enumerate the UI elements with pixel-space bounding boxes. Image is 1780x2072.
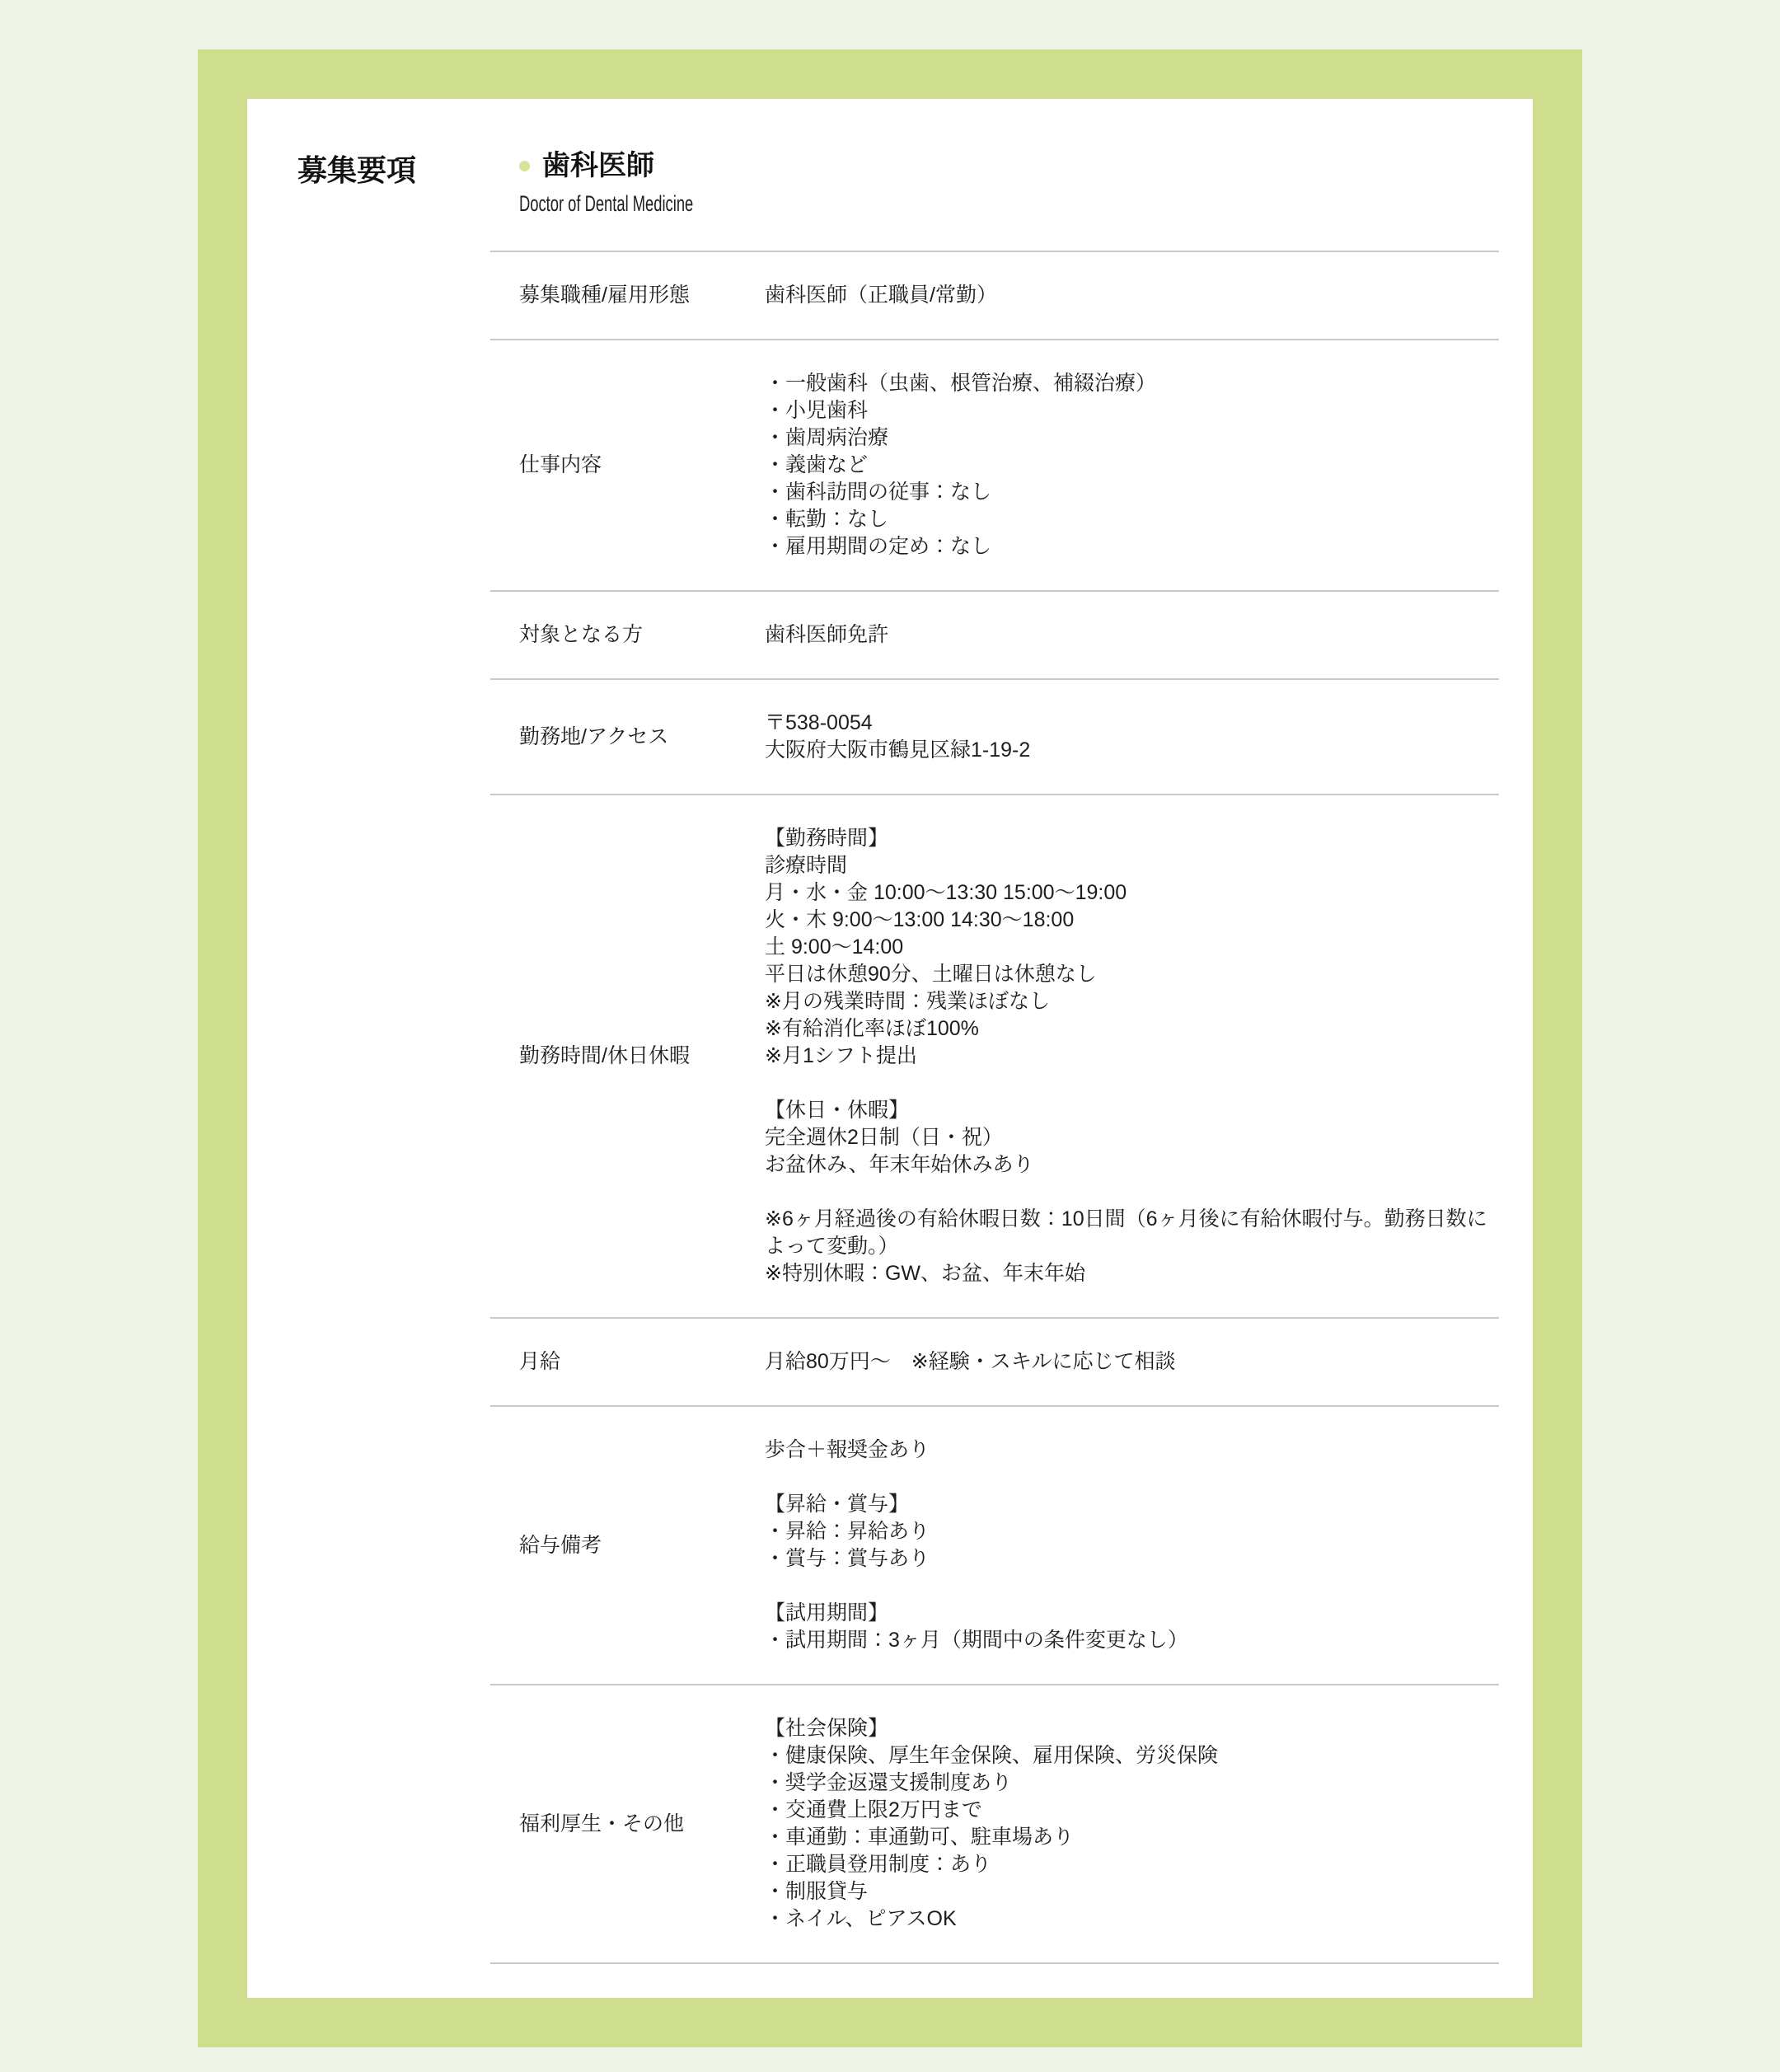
- content-sheet: 募集要項 歯科医師 Doctor of Dental Medicine 募集職種…: [247, 99, 1533, 1998]
- spec-label: 仕事内容: [490, 452, 765, 479]
- spec-value: 歩合＋報奨金あり 【昇給・賞与】 ・昇給：昇給あり ・賞与：賞与あり 【試用期間…: [765, 1437, 1499, 1654]
- spec-row: 勤務地/アクセス 〒538-0054 大阪府大阪市鶴見区緑1-19-2: [490, 678, 1499, 794]
- spec-label: 福利厚生・その他: [490, 1811, 765, 1838]
- spec-value: 歯科医師免許: [765, 621, 1499, 649]
- spec-row: 月給 月給80万円〜 ※経験・スキルに応じて相談: [490, 1317, 1499, 1405]
- spec-label: 月給: [490, 1348, 765, 1376]
- job-title: 歯科医師: [542, 150, 654, 181]
- spec-label: 対象となる方: [490, 621, 765, 649]
- spec-value: 歯科医師（正職員/常勤）: [765, 282, 1499, 309]
- job-header: 歯科医師 Doctor of Dental Medicine: [490, 150, 1499, 251]
- spec-row: 給与備考 歩合＋報奨金あり 【昇給・賞与】 ・昇給：昇給あり ・賞与：賞与あり …: [490, 1405, 1499, 1684]
- page-title: 募集要項: [297, 154, 490, 187]
- spec-label: 給与備考: [490, 1532, 765, 1559]
- spec-row: 仕事内容 ・一般歯科（虫歯、根管治療、補綴治療） ・小児歯科 ・歯周病治療 ・義…: [490, 339, 1499, 590]
- job-detail-column: 歯科医師 Doctor of Dental Medicine 募集職種/雇用形態…: [490, 99, 1499, 1964]
- spec-label: 勤務地/アクセス: [490, 724, 765, 751]
- spec-label: 募集職種/雇用形態: [490, 282, 765, 309]
- spec-value: 【勤務時間】 診療時間 月・水・金 10:00〜13:30 15:00〜19:0…: [765, 825, 1499, 1287]
- spec-value: 【社会保険】 ・健康保険、厚生年金保険、雇用保険、労災保険 ・奨学金返還支援制度…: [765, 1715, 1499, 1933]
- job-subtitle: Doctor of Dental Medicine: [519, 193, 1186, 214]
- spec-table: 募集職種/雇用形態 歯科医師（正職員/常勤） 仕事内容 ・一般歯科（虫歯、根管治…: [490, 251, 1499, 1964]
- spec-row: 福利厚生・その他 【社会保険】 ・健康保険、厚生年金保険、雇用保険、労災保険 ・…: [490, 1684, 1499, 1964]
- job-title-line: 歯科医師: [519, 150, 1499, 181]
- spec-value: 〒538-0054 大阪府大阪市鶴見区緑1-19-2: [765, 710, 1499, 764]
- spec-row: 募集職種/雇用形態 歯科医師（正職員/常勤）: [490, 251, 1499, 339]
- spec-row: 勤務時間/休日休暇 【勤務時間】 診療時間 月・水・金 10:00〜13:30 …: [490, 794, 1499, 1317]
- bullet-dot-icon: [519, 161, 530, 171]
- page: { "heading": "募集要項", "job": { "title": "…: [0, 0, 1780, 2072]
- section-heading-column: 募集要項: [297, 99, 490, 187]
- green-frame: 募集要項 歯科医師 Doctor of Dental Medicine 募集職種…: [198, 49, 1582, 2047]
- spec-label: 勤務時間/休日休暇: [490, 1043, 765, 1070]
- spec-row: 対象となる方 歯科医師免許: [490, 590, 1499, 678]
- spec-value: 月給80万円〜 ※経験・スキルに応じて相談: [765, 1348, 1499, 1376]
- spec-value: ・一般歯科（虫歯、根管治療、補綴治療） ・小児歯科 ・歯周病治療 ・義歯など ・…: [765, 370, 1499, 560]
- content-layout: 募集要項 歯科医師 Doctor of Dental Medicine 募集職種…: [247, 99, 1533, 1964]
